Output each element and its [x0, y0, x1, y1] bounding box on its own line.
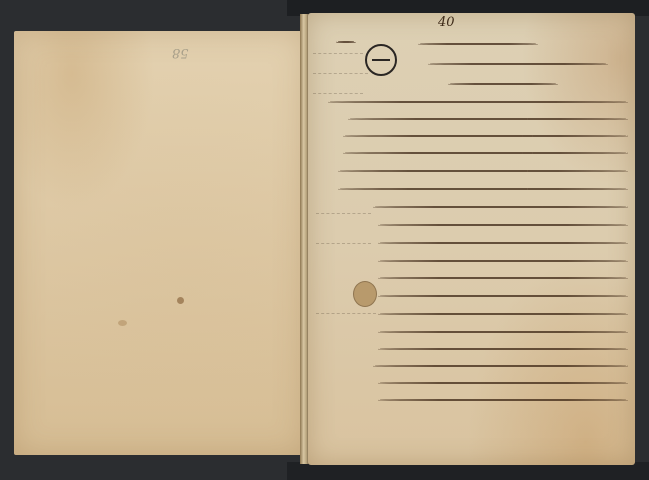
handwritten-text	[308, 13, 635, 465]
left-page: 58	[14, 31, 304, 455]
stain-spot	[118, 320, 127, 326]
stain-spot	[177, 297, 184, 304]
left-folio-mark: 58	[172, 45, 189, 60]
right-page: 40	[308, 13, 635, 465]
